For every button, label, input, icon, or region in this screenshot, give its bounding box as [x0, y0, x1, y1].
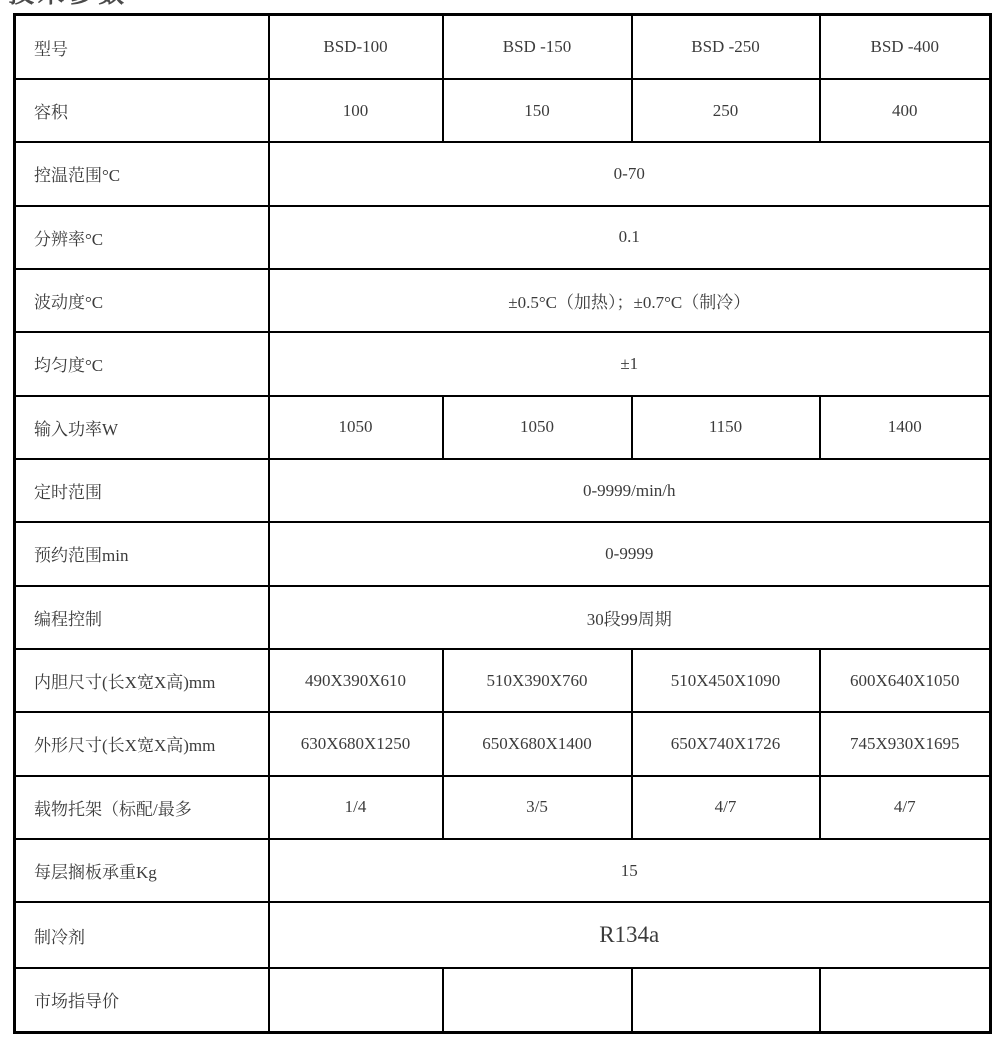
spec-row-resolution: 分辨率°C 0.1 — [15, 206, 991, 269]
row-label: 均匀度°C — [15, 332, 269, 395]
row-label: 每层搁板承重Kg — [15, 839, 269, 902]
cell-value: 100 — [269, 79, 443, 142]
row-label: 载物托架（标配/最多 — [15, 776, 269, 839]
cell-value: 600X640X1050 — [820, 649, 991, 712]
spec-row-timer-range: 定时范围 0-9999/min/h — [15, 459, 991, 522]
merged-value: R134a — [269, 902, 991, 968]
cell-value — [632, 968, 820, 1033]
spec-row-volume: 容积 100 150 250 400 — [15, 79, 991, 142]
merged-value: ±0.5°C（加热）；±0.7°C（制冷） — [269, 269, 991, 332]
spec-row-uniformity: 均匀度°C ±1 — [15, 332, 991, 395]
cell-value: 1050 — [443, 396, 632, 459]
spec-row-price: 市场指导价 — [15, 968, 991, 1033]
merged-value: 0-70 — [269, 142, 991, 205]
spec-row-model: 型号 BSD-100 BSD -150 BSD -250 BSD -400 — [15, 15, 991, 80]
cell-value: 650X680X1400 — [443, 712, 632, 775]
row-label: 型号 — [15, 15, 269, 80]
cell-value: 490X390X610 — [269, 649, 443, 712]
cell-value — [820, 968, 991, 1033]
row-label: 容积 — [15, 79, 269, 142]
page-title-text: 技术参数 — [8, 0, 328, 9]
merged-value: 30段99周期 — [269, 586, 991, 649]
cell-value: 630X680X1250 — [269, 712, 443, 775]
row-label: 输入功率W — [15, 396, 269, 459]
cell-value: 1/4 — [269, 776, 443, 839]
cell-value: 510X450X1090 — [632, 649, 820, 712]
row-label: 控温范围°C — [15, 142, 269, 205]
spec-row-input-power: 输入功率W 1050 1050 1150 1400 — [15, 396, 991, 459]
cell-value: 510X390X760 — [443, 649, 632, 712]
cell-value: 4/7 — [820, 776, 991, 839]
spec-row-fluctuation: 波动度°C ±0.5°C（加热）；±0.7°C（制冷） — [15, 269, 991, 332]
cell-value: 150 — [443, 79, 632, 142]
cell-value: BSD-100 — [269, 15, 443, 80]
spec-row-outer-size: 外形尺寸(长X宽X高)mm 630X680X1250 650X680X1400 … — [15, 712, 991, 775]
row-label: 定时范围 — [15, 459, 269, 522]
cell-value: 4/7 — [632, 776, 820, 839]
spec-table: 型号 BSD-100 BSD -150 BSD -250 BSD -400 容积… — [13, 13, 992, 1034]
cell-value: 1050 — [269, 396, 443, 459]
cell-value: 400 — [820, 79, 991, 142]
merged-value: 15 — [269, 839, 991, 902]
cell-value: 650X740X1726 — [632, 712, 820, 775]
cell-value — [443, 968, 632, 1033]
row-label: 波动度°C — [15, 269, 269, 332]
merged-value: 0-9999 — [269, 522, 991, 585]
spec-row-shelves: 载物托架（标配/最多 1/4 3/5 4/7 4/7 — [15, 776, 991, 839]
cell-value: BSD -150 — [443, 15, 632, 80]
merged-value: 0.1 — [269, 206, 991, 269]
spec-row-program-control: 编程控制 30段99周期 — [15, 586, 991, 649]
cell-value: 1150 — [632, 396, 820, 459]
spec-row-refrigerant: 制冷剂 R134a — [15, 902, 991, 968]
cell-value: 745X930X1695 — [820, 712, 991, 775]
spec-row-shelf-load: 每层搁板承重Kg 15 — [15, 839, 991, 902]
row-label: 市场指导价 — [15, 968, 269, 1033]
cell-value: BSD -250 — [632, 15, 820, 80]
row-label: 预约范围min — [15, 522, 269, 585]
spec-row-inner-size: 内胆尺寸(长X宽X高)mm 490X390X610 510X390X760 51… — [15, 649, 991, 712]
spec-row-temp-range: 控温范围°C 0-70 — [15, 142, 991, 205]
row-label: 外形尺寸(长X宽X高)mm — [15, 712, 269, 775]
cell-value: 1400 — [820, 396, 991, 459]
cell-value: BSD -400 — [820, 15, 991, 80]
merged-value: 0-9999/min/h — [269, 459, 991, 522]
cell-value: 250 — [632, 79, 820, 142]
row-label: 内胆尺寸(长X宽X高)mm — [15, 649, 269, 712]
row-label: 分辨率°C — [15, 206, 269, 269]
cell-value — [269, 968, 443, 1033]
cell-value: 3/5 — [443, 776, 632, 839]
row-label: 制冷剂 — [15, 902, 269, 968]
row-label: 编程控制 — [15, 586, 269, 649]
page-title: 技术参数 — [8, 0, 328, 9]
merged-value: ±1 — [269, 332, 991, 395]
spec-row-preset-range: 预约范围min 0-9999 — [15, 522, 991, 585]
